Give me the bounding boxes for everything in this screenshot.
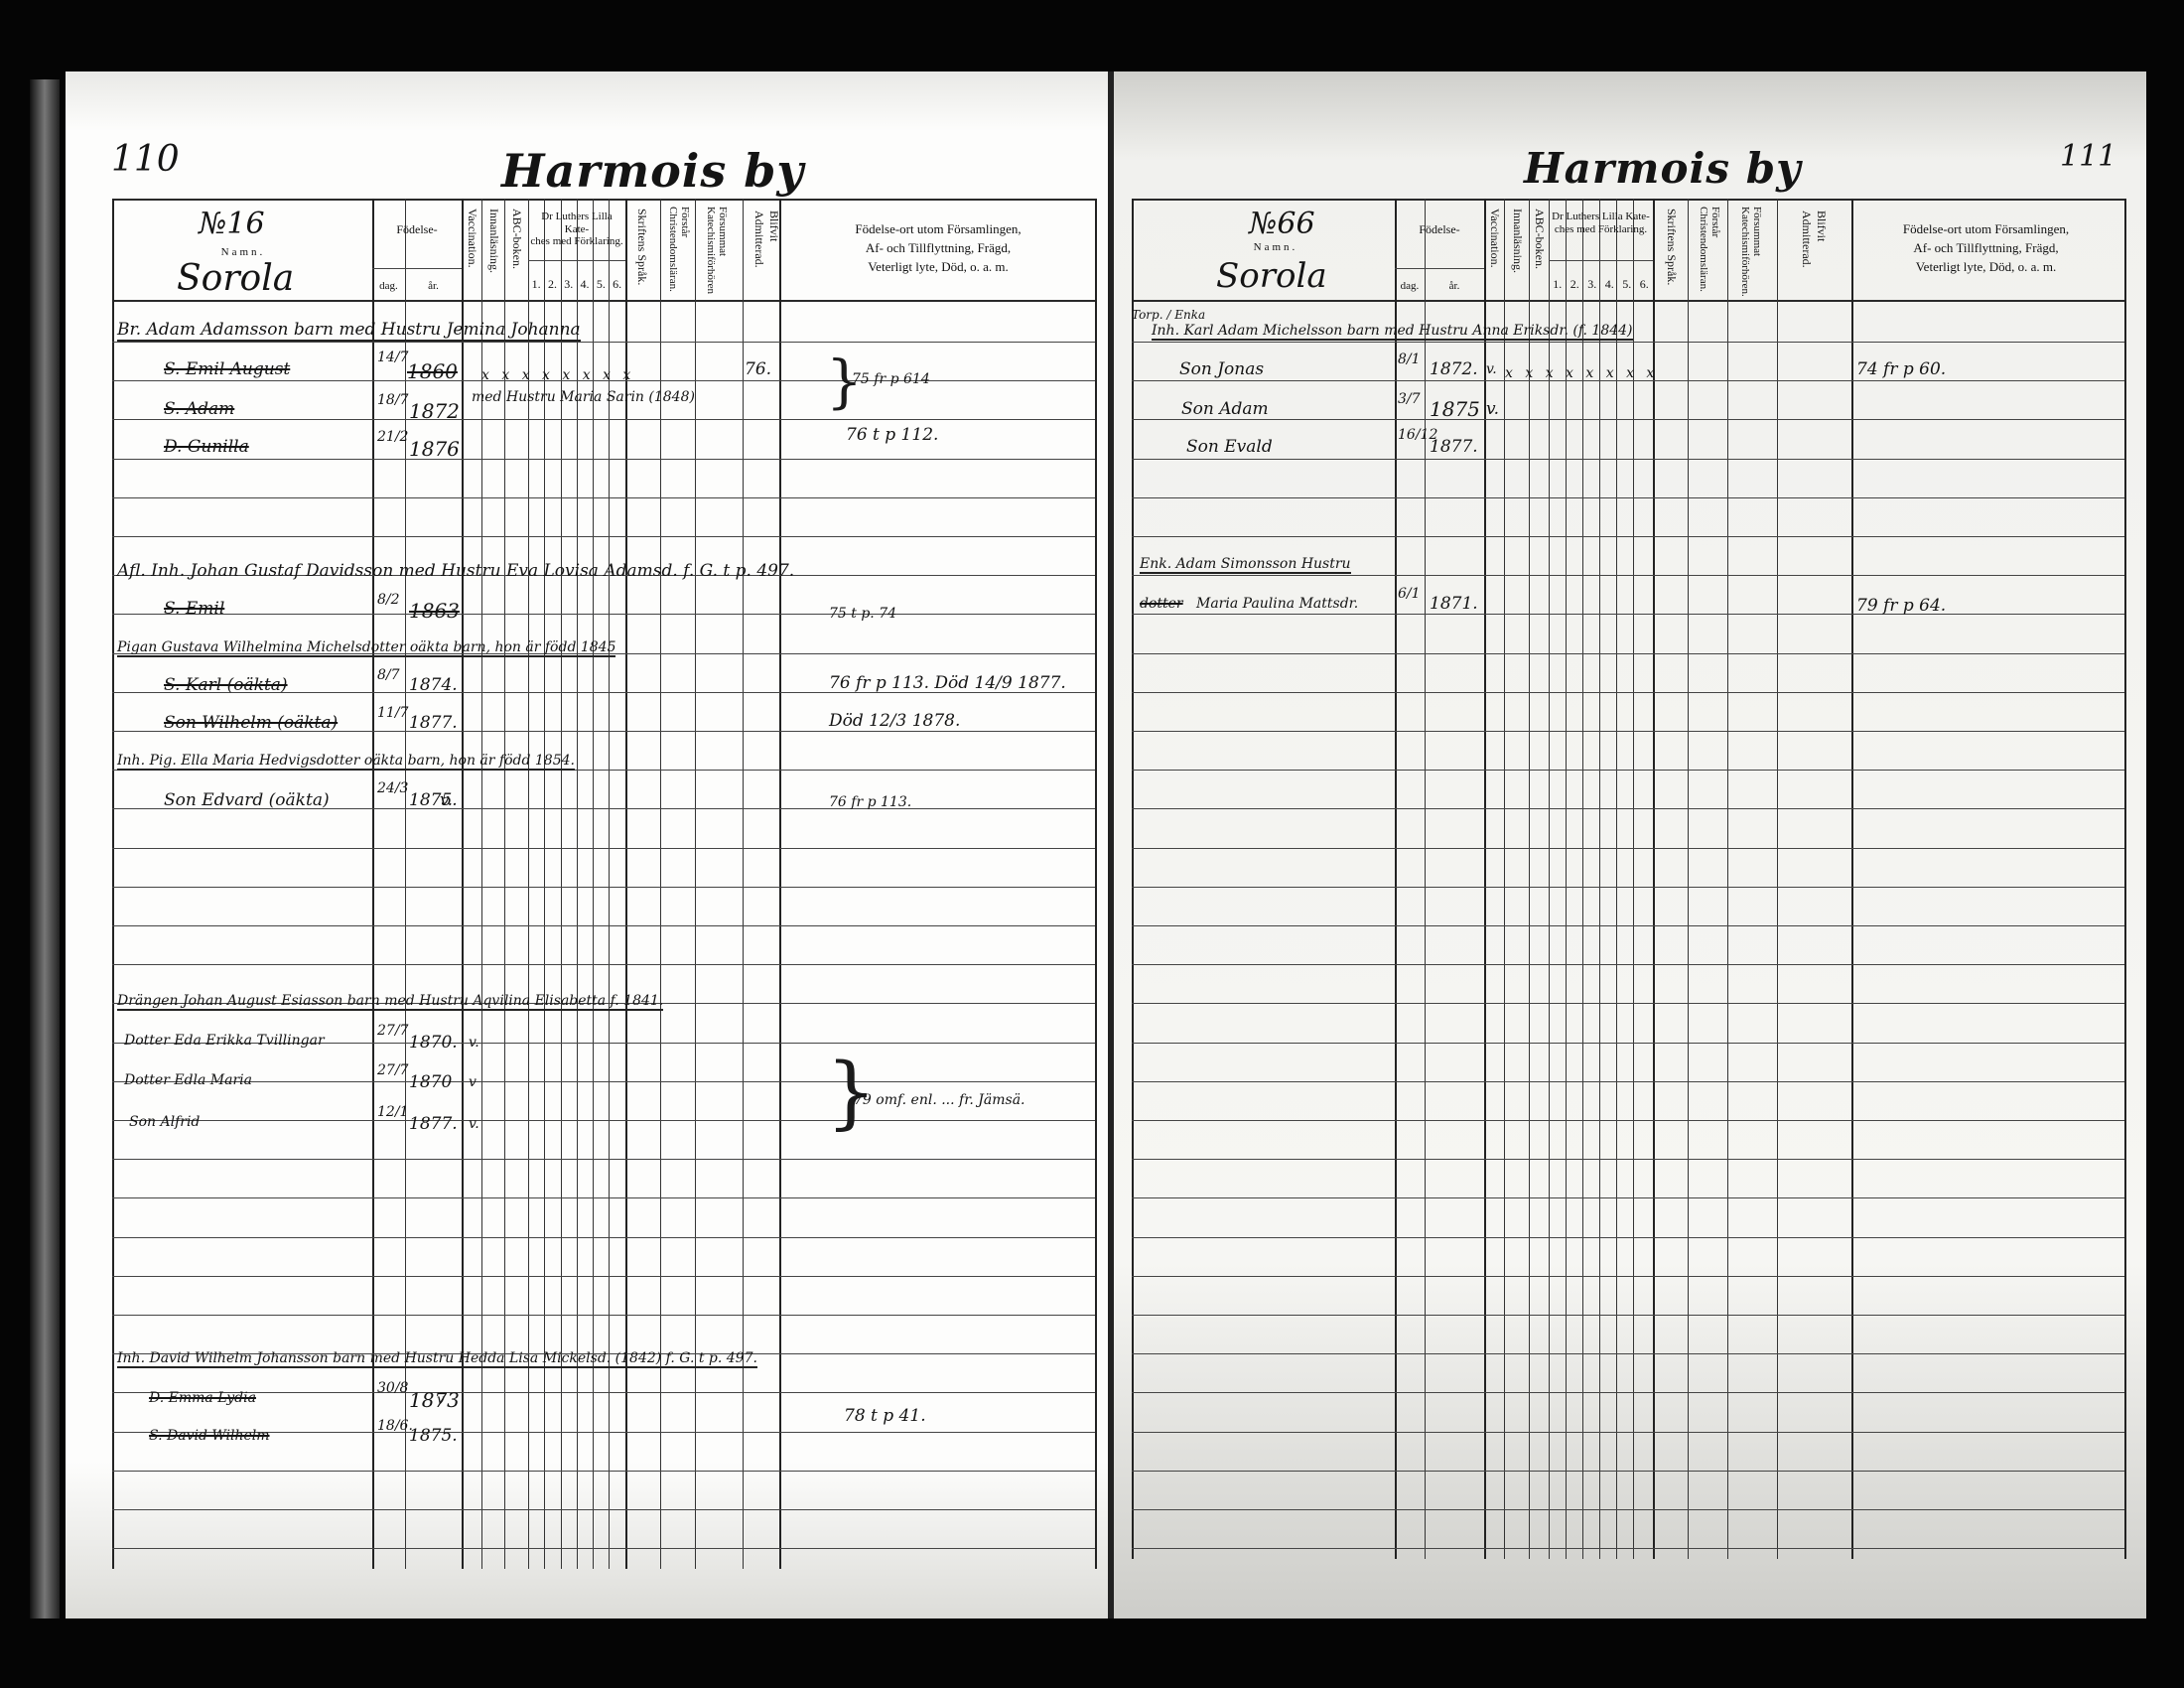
katechismus-col-3: 3. <box>561 278 577 292</box>
row-rule <box>1132 1043 2124 1044</box>
row-rule <box>1132 731 2124 732</box>
entry-year: 1860 <box>407 359 458 383</box>
forstar-header-left: Förstår Christendomsläran. <box>667 207 691 298</box>
entry-struck-prefix: dotter <box>1140 596 1183 612</box>
column-rule <box>1851 199 1853 1559</box>
notes-header-line2: Af- och Tillflyttning, Frägd, <box>784 239 1092 258</box>
entry-vacc: v <box>469 1074 477 1090</box>
entry-note: 76 fr p 113. <box>829 794 911 810</box>
header-bottom-rule <box>112 300 1095 302</box>
innanlasning-header-left: Innanläsning. <box>486 209 501 273</box>
notes-header-line3: Veterligt lyte, Död, o. a. m. <box>1854 258 2117 277</box>
row-rule <box>1132 1353 2124 1354</box>
notes-header-left: Födelse-ort utom Församlingen, Af- och T… <box>784 220 1092 277</box>
entry-vacc: v. <box>469 1035 479 1051</box>
entry-note: 76 fr p 113. Död 14/9 1877. <box>829 673 1066 693</box>
row-rule <box>1132 770 2124 771</box>
entry-name: S. Emil August <box>164 359 290 379</box>
entry-year: 1872 <box>409 399 460 423</box>
row-rule <box>1132 1159 2124 1160</box>
row-rule <box>112 342 1095 343</box>
entry-head-left-4: Inh. Pig. Ella Maria Hedvigsdotter oäkta… <box>117 753 575 771</box>
column-rule <box>1549 199 1550 1559</box>
row-rule <box>1132 808 2124 809</box>
entry-dag: 18/6. <box>377 1418 413 1434</box>
entry-name: Son Adam <box>1181 399 1269 419</box>
entry-year: 1870 <box>409 1072 452 1092</box>
column-rule <box>1727 199 1728 1559</box>
farm-name-right: Sorola <box>1216 256 1327 296</box>
row-rule <box>1132 1392 2124 1393</box>
entry-name: Dotter Edla Maria <box>124 1072 252 1088</box>
entry-year: 1877. <box>409 1114 458 1134</box>
column-rule <box>1395 199 1397 1559</box>
entry-marks: x x x x x x x x <box>481 367 634 383</box>
row-rule <box>1132 1276 2124 1277</box>
entry-year: 1871. <box>1430 594 1478 614</box>
entry-name: S. David Wilhelm <box>149 1428 270 1444</box>
katechismus-header-right: Dr Luthers Lilla Kate- ches med Förklari… <box>1549 211 1653 235</box>
katechismus-col-1: 1. <box>1549 278 1567 292</box>
entry-name: S. Emil <box>164 599 224 619</box>
entry-name: Son Evald <box>1186 437 1273 457</box>
entry-dag: 6/1 <box>1398 586 1421 602</box>
column-rule <box>1504 199 1505 1559</box>
village-title-right: Harmois by <box>1524 144 1801 193</box>
entry-name: Son Wilhelm (oäkta) <box>164 713 338 733</box>
row-rule <box>112 1548 1095 1549</box>
entry-name: S. Karl (oäkta) <box>164 675 288 695</box>
entry-head-left-6: Inh. David Wilhelm Johansson barn med Hu… <box>117 1350 757 1368</box>
katechismus-col-2: 2. <box>1567 278 1584 292</box>
row-rule <box>112 887 1095 888</box>
entry-note: 78 t p 41. <box>844 1406 926 1426</box>
row-rule <box>112 1159 1095 1160</box>
row-rule <box>1132 1237 2124 1238</box>
notes-header-line1: Födelse-ort utom Församlingen, <box>784 220 1092 239</box>
entry-head-left-5: Drängen Johan August Esiasson barn med H… <box>117 993 663 1011</box>
fodelse-header-right: Födelse- <box>1395 223 1484 237</box>
entry-inline-note: med Hustru Maria Sarin (1848) <box>472 389 695 405</box>
katechismus-col-3: 3. <box>1583 278 1601 292</box>
innanlasning-header-right: Innanläsning. <box>1510 209 1525 273</box>
column-rule <box>1599 199 1600 1559</box>
row-rule <box>1132 1315 2124 1316</box>
katechismus-col-1: 1. <box>528 278 544 292</box>
entry-year: 1874. <box>409 675 458 695</box>
entry-name: Son Edvard (oäkta) <box>164 790 330 810</box>
row-rule <box>1132 614 2124 615</box>
entry-prefix-right: Torp. / Enka <box>1132 308 1205 322</box>
row-rule <box>1132 419 2124 420</box>
row-rule <box>1132 887 2124 888</box>
table-top-rule <box>112 199 1095 201</box>
entry-year: 1877. <box>409 713 458 733</box>
fodelse-subrule <box>372 268 462 269</box>
row-rule <box>1132 1548 2124 1549</box>
entry-dag: 8/2 <box>377 592 400 608</box>
entry-name: Son Alfrid <box>129 1114 200 1130</box>
row-rule <box>112 964 1095 965</box>
row-rule <box>1132 1432 2124 1433</box>
entry-name: Son Jonas <box>1179 359 1264 379</box>
entry-vacc: v. <box>469 1116 479 1132</box>
entry-dag: 11/7 <box>377 705 408 721</box>
row-rule <box>112 614 1095 615</box>
row-rule <box>1132 342 2124 343</box>
dag-header-right: dag. <box>1395 280 1425 293</box>
skriftens-header-left: Skriftens Språk. <box>634 209 649 285</box>
column-rule <box>1566 199 1567 1559</box>
entry-note: Död 12/3 1878. <box>829 711 960 731</box>
entry-head-right-1: Inh. Karl Adam Michelsson barn med Hustr… <box>1152 323 1633 341</box>
row-rule <box>112 1237 1095 1238</box>
entry-dag: 8/7 <box>377 667 400 683</box>
entry-year: 1875. <box>409 1426 458 1446</box>
column-rule <box>1132 199 1134 1559</box>
notes-header-right: Födelse-ort utom Församlingen, Af- och T… <box>1854 220 2117 277</box>
entry-dag: 21/2 <box>377 429 408 445</box>
forsummat-header-right: Försummat Katechismiförhören. <box>1739 207 1763 298</box>
katechismus-col-4: 4. <box>1601 278 1619 292</box>
row-rule <box>112 1197 1095 1198</box>
table-top-rule-right <box>1132 199 2124 201</box>
column-rule <box>1425 199 1426 1559</box>
column-rule <box>779 199 781 1569</box>
scan-background-bottom <box>0 1618 2184 1688</box>
fodelse-header-left: Födelse- <box>372 223 462 237</box>
entry-year: 1873 <box>409 1388 460 1412</box>
row-rule <box>1132 575 2124 576</box>
entry-dag: 30/8 <box>377 1380 408 1396</box>
left-register-page <box>66 71 1108 1620</box>
abc-header-right: ABC-boken. <box>1532 209 1547 269</box>
row-rule <box>1132 1003 2124 1004</box>
column-rule <box>1616 199 1617 1559</box>
column-rule <box>2124 199 2126 1559</box>
katechismus-line2: ches med Förklaring. <box>528 235 625 248</box>
entry-dag: 24/3 <box>377 780 408 796</box>
entry-year: 1872. <box>1430 359 1478 379</box>
katechismus-col-5: 5. <box>593 278 609 292</box>
entry-admit: 76. <box>745 359 771 379</box>
entry-name: Dotter Eda Erikka Tvillingar <box>124 1033 325 1049</box>
right-register-page <box>1114 71 2146 1620</box>
entry-vacc: v <box>437 1392 445 1408</box>
katechismus-line1: Dr Luthers Lilla Kate- <box>1549 211 1653 223</box>
skriftens-header-right: Skriftens Språk. <box>1664 209 1679 285</box>
row-rule <box>112 1276 1095 1277</box>
abc-header-left: ABC-boken. <box>509 209 524 269</box>
vaccination-header-left: Vaccination. <box>465 209 479 268</box>
ar-header-right: år. <box>1425 280 1484 293</box>
column-rule <box>1688 199 1689 1559</box>
entry-name: Maria Paulina Mattsdr. <box>1196 596 1358 612</box>
entry-dag: 12/1 <box>377 1104 408 1120</box>
fodelse-subrule <box>1395 268 1484 269</box>
entry-note: 76 t p 112. <box>846 425 938 445</box>
row-rule <box>1132 1471 2124 1472</box>
column-rule <box>112 199 114 1569</box>
admitterad-header-left: Blifvit Admitterad. <box>751 211 781 280</box>
entry-vacc: v. <box>1486 361 1497 377</box>
entry-head-left-2: Afl. Inh. Johan Gustaf Davidsson med Hus… <box>117 561 794 581</box>
entry-year: 1875 <box>1430 397 1480 421</box>
notes-header-line2: Af- och Tillflyttning, Frägd, <box>1854 239 2117 258</box>
row-rule <box>1132 1197 2124 1198</box>
entry-vacc: v. <box>1486 399 1499 419</box>
entry-vacc: v. <box>440 790 453 810</box>
entry-year: 1870. <box>409 1033 458 1053</box>
row-rule <box>1132 1081 2124 1082</box>
column-rule <box>1633 199 1634 1559</box>
book-edge-shadow <box>30 79 60 1668</box>
entry-dag: 27/7 <box>377 1062 408 1078</box>
household-number-left: №16 <box>199 207 265 241</box>
ar-header-left: år. <box>405 280 462 293</box>
entry-head-left-3: Pigan Gustava Wilhelmina Michelsdotter o… <box>117 639 615 657</box>
entry-dag: 8/1 <box>1398 352 1421 367</box>
row-rule <box>112 1120 1095 1121</box>
row-rule <box>1132 1120 2124 1121</box>
column-rule <box>1582 199 1583 1559</box>
row-rule <box>1132 925 2124 926</box>
entry-year: 1877. <box>1430 437 1478 457</box>
entry-note: 75 t p. 74 <box>829 606 896 622</box>
entry-note: 74 fr p 60. <box>1856 359 1946 379</box>
row-rule <box>112 536 1095 537</box>
entry-year: 1876 <box>409 437 460 461</box>
entry-year: 1863 <box>409 599 460 623</box>
forsummat-header-left: Försummat Katechismiförhören <box>705 207 729 298</box>
entry-name: D. Emma Lydia <box>149 1390 256 1406</box>
forstar-header-right: Förstår Christendomsläran. <box>1698 207 1721 298</box>
row-rule <box>112 1471 1095 1472</box>
notes-header-line1: Födelse-ort utom Församlingen, <box>1854 220 2117 239</box>
katechismus-col-4: 4. <box>577 278 593 292</box>
entry-name: D. Gunilla <box>164 437 249 457</box>
row-rule <box>112 848 1095 849</box>
entry-dag: 27/7 <box>377 1023 408 1039</box>
row-rule <box>1132 536 2124 537</box>
namn-label-left: Namn. <box>213 246 273 259</box>
entry-head-left-1: Br. Adam Adamsson barn med Hustru Jemina… <box>117 320 581 342</box>
page-number-right: 111 <box>2060 139 2116 174</box>
katechismus-col-6: 6. <box>1636 278 1654 292</box>
katechismus-col-2: 2. <box>544 278 560 292</box>
katechismus-col-5: 5. <box>1618 278 1636 292</box>
entry-dag: 3/7 <box>1398 391 1421 407</box>
column-rule <box>1653 199 1655 1559</box>
katechismus-line1: Dr Luthers Lilla Kate- <box>528 211 625 235</box>
column-rule <box>1529 199 1530 1559</box>
household-number-right: №66 <box>1249 207 1315 241</box>
entry-dag: 18/7 <box>377 392 408 408</box>
row-rule <box>1132 848 2124 849</box>
page-number-left: 110 <box>111 139 180 180</box>
entry-note: 79 omf. enl. ... fr. Jämsä. <box>854 1092 1024 1108</box>
dag-header-left: dag. <box>372 280 405 293</box>
village-title-left: Harmois by <box>501 144 804 198</box>
entry-head-right-2: Enk. Adam Simonsson Hustru <box>1140 556 1351 574</box>
row-rule <box>1132 692 2124 693</box>
row-rule <box>112 419 1095 420</box>
row-rule <box>1132 459 2124 460</box>
row-rule <box>112 1392 1095 1393</box>
katechismus-subrule <box>528 260 625 261</box>
row-rule <box>112 1509 1095 1510</box>
entry-name: S. Adam <box>164 399 234 419</box>
admitterad-header-right: Blifvit Admitterad. <box>1799 211 1829 280</box>
entry-note: 75 fr p 614 <box>852 371 930 387</box>
row-rule <box>112 925 1095 926</box>
namn-label-right: Namn. <box>1241 241 1310 254</box>
vaccination-header-right: Vaccination. <box>1487 209 1502 268</box>
entry-marks: x x x x x x x x <box>1505 365 1658 381</box>
column-rule <box>1777 199 1778 1559</box>
farm-name-left: Sorola <box>177 258 294 299</box>
row-rule <box>1132 1509 2124 1510</box>
row-rule <box>112 1315 1095 1316</box>
row-rule <box>112 459 1095 460</box>
entry-note: 79 fr p 64. <box>1856 596 1946 616</box>
katechismus-subrule <box>1549 260 1653 261</box>
row-rule <box>1132 653 2124 654</box>
row-rule <box>112 497 1095 498</box>
row-rule <box>1132 497 2124 498</box>
header-bottom-rule-right <box>1132 300 2124 302</box>
katechismus-line2: ches med Förklaring. <box>1549 223 1653 236</box>
row-rule <box>1132 964 2124 965</box>
column-rule <box>1095 199 1097 1569</box>
notes-header-line3: Veterligt lyte, Död, o. a. m. <box>784 258 1092 277</box>
katechismus-header-left: Dr Luthers Lilla Kate- ches med Förklari… <box>528 211 625 248</box>
katechismus-col-6: 6. <box>610 278 625 292</box>
row-rule <box>112 1081 1095 1082</box>
entry-dag: 14/7 <box>377 350 408 365</box>
